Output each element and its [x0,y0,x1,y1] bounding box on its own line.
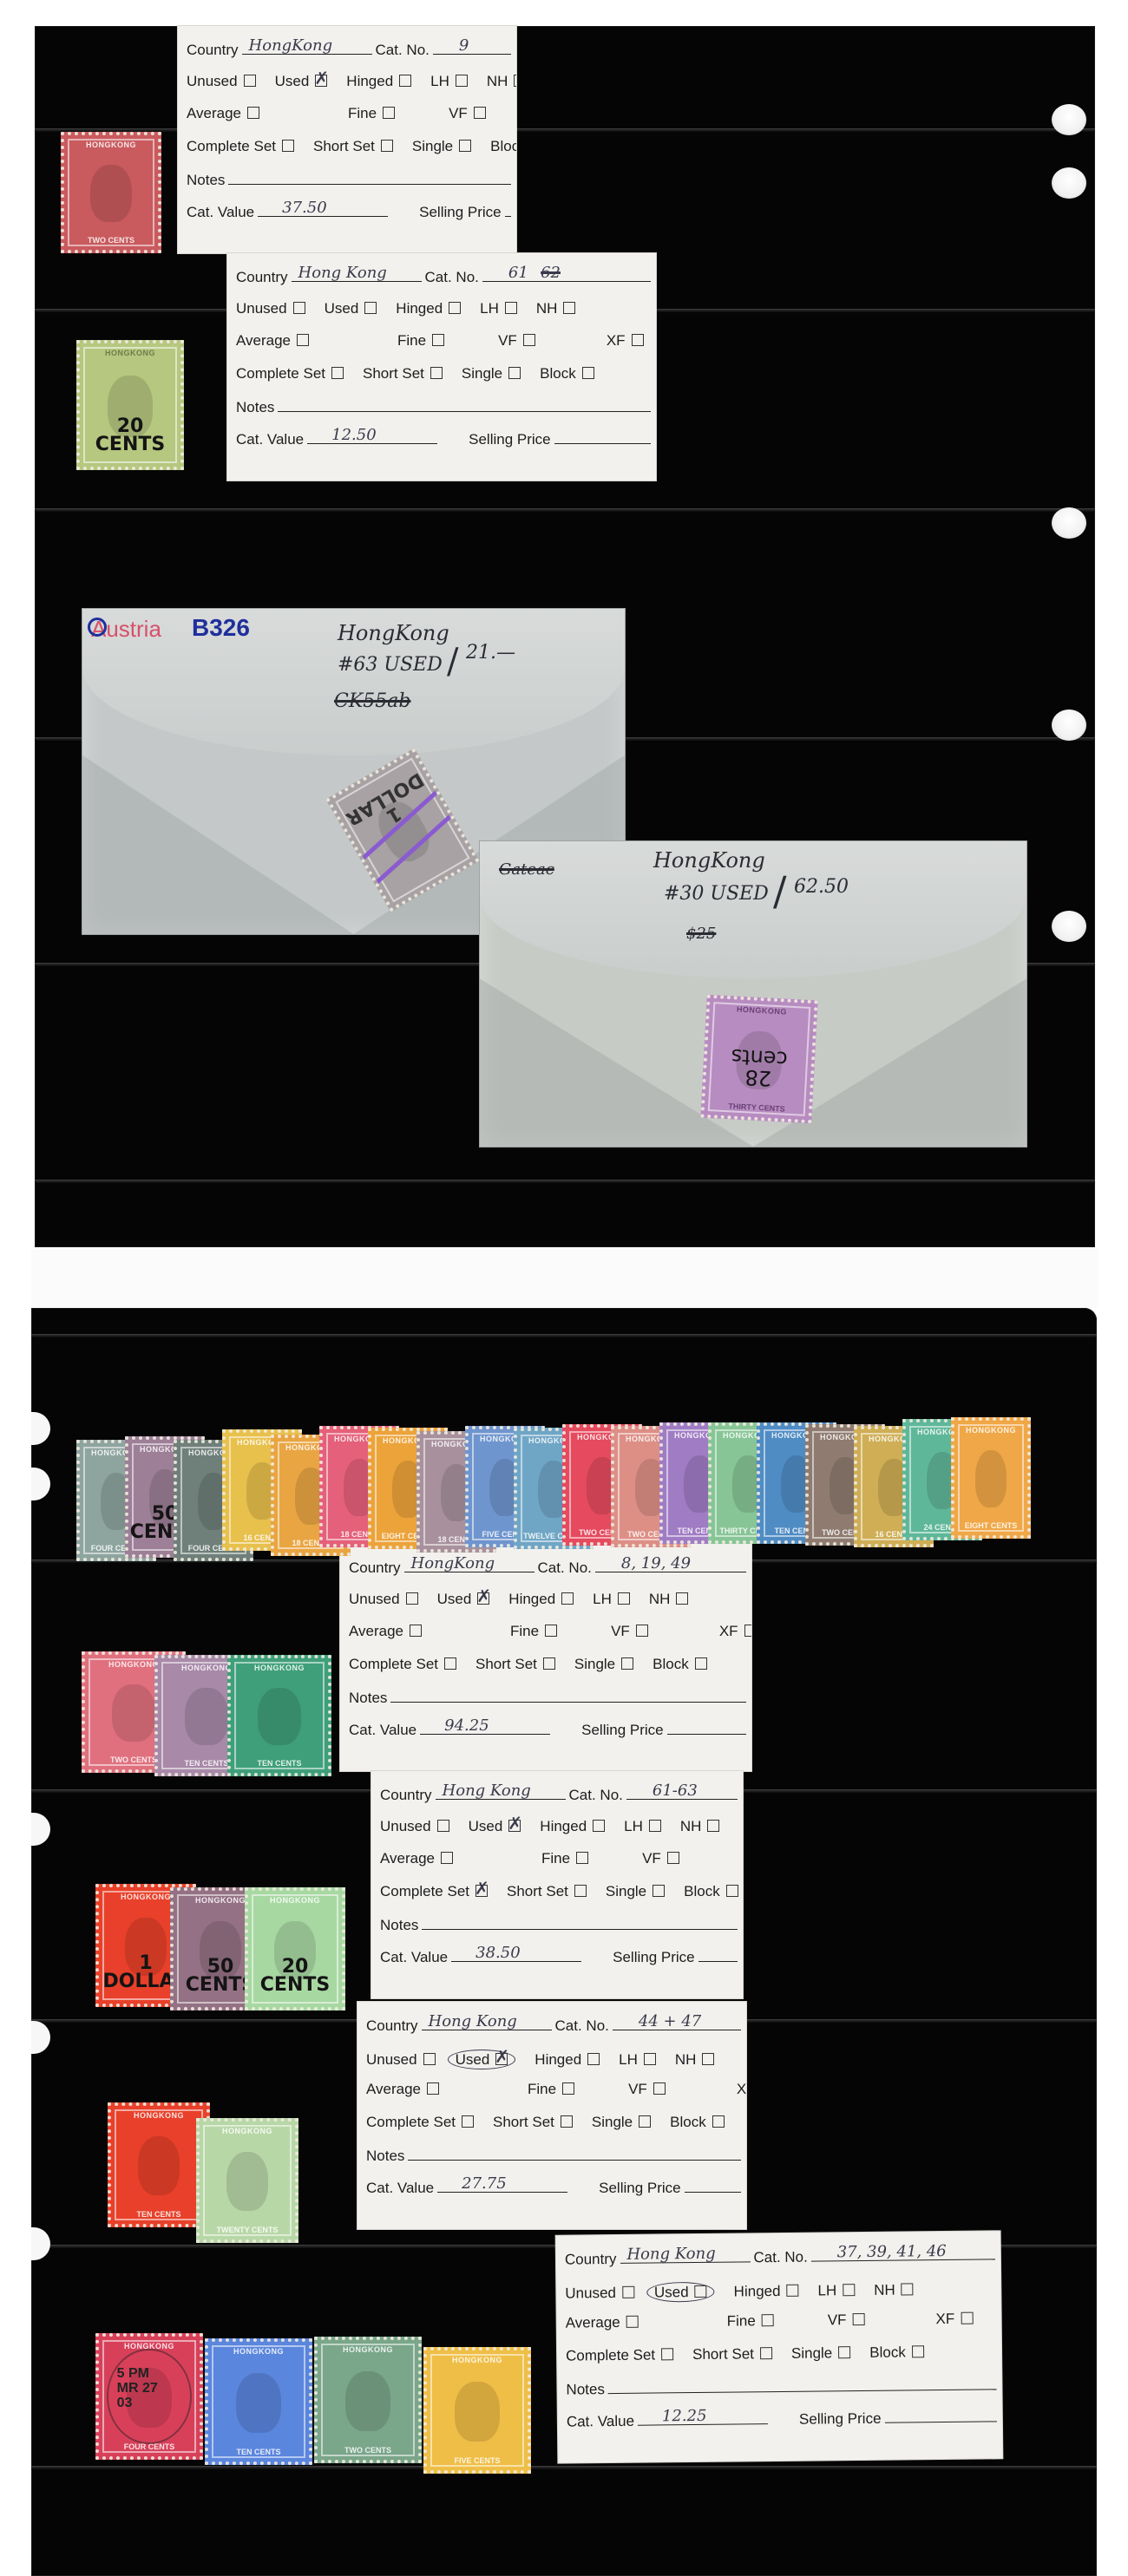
checkbox-short-set[interactable]: Short Set [692,2346,772,2362]
crossed-out-note: $25 [686,925,716,943]
stamp-value: TWO CENTS [64,236,158,245]
cat-no-field[interactable]: 8, 19, 49 [595,1559,746,1572]
checkbox-nh[interactable]: NH [680,1819,720,1834]
notes-label: Notes [366,2148,404,2163]
checkbox-box[interactable] [427,2082,439,2095]
crossed-out-note: CK55ab [334,690,410,712]
checkbox-box[interactable] [576,1852,588,1864]
checkbox-box[interactable] [282,140,294,152]
checkbox-lh[interactable]: LH [817,2283,855,2298]
checkbox-box[interactable] [563,302,575,314]
binder-hole [1052,709,1086,741]
checkbox-box[interactable] [786,2285,798,2297]
checkbox-box[interactable] [545,1625,557,1637]
page-strip [31,1334,1097,1337]
cat-value-field[interactable]: 12.50 [307,431,437,444]
checkbox-box[interactable] [315,75,327,87]
checkbox-unused[interactable]: Unused [380,1819,449,1834]
checkbox-box[interactable] [726,1885,738,1897]
checkbox-hinged[interactable]: Hinged [734,2284,799,2299]
cat-value-label: Cat. Value [366,2180,434,2195]
checkbox-complete-set[interactable]: Complete Set [566,2347,673,2363]
envelope-note-country: HongKong [653,848,765,873]
checkbox-fine[interactable]: Fine [397,333,444,348]
country-label: Country [349,1560,401,1575]
checkbox-average[interactable]: Average [366,2082,439,2096]
checkbox-unused[interactable]: Unused [565,2285,634,2301]
checkbox-nh[interactable]: NH [487,74,516,88]
checkbox-box[interactable] [622,2286,634,2298]
selling-price-label: Selling Price [613,1950,695,1965]
checkbox-short-set[interactable]: Short Set [313,139,393,154]
checkbox-fine[interactable]: Fine [727,2313,774,2329]
notes-field[interactable] [608,2377,997,2394]
checkbox-single[interactable]: Single [791,2345,850,2361]
stamp-overprint: 28cents [705,1045,811,1090]
checkbox-short-set[interactable]: Short Set [507,1884,587,1899]
checkbox-box[interactable] [381,140,393,152]
stamp[interactable]: HONGKONGTEN CENTS [205,2338,312,2465]
checkbox-vf[interactable]: VF [449,106,486,121]
checkbox-box[interactable] [639,2115,651,2128]
checkbox-box[interactable] [561,2115,573,2128]
crossed-out-label: Gateac [499,860,554,879]
envelope-note-catno: #30 USED [664,883,769,905]
slash-mark: / [773,867,787,914]
cat-value-field[interactable]: 12.25 [638,2411,768,2426]
checkbox-box[interactable] [661,2348,673,2360]
checkbox-box[interactable] [423,2053,436,2065]
checkbox-block[interactable]: Block [684,1884,738,1899]
selling-price-label: Selling Price [419,205,502,219]
checkbox-nh[interactable]: NH [536,301,576,316]
selling-price-label: Selling Price [799,2411,882,2427]
checkbox-average[interactable]: Average [187,106,259,121]
checkbox-used[interactable]: Used [325,301,377,316]
checkbox-box[interactable] [636,1625,648,1637]
stamp-country: HONGKONG [208,2347,309,2356]
checkbox-block[interactable]: Block [869,2344,924,2360]
checkbox-xf[interactable]: XF [935,2311,973,2326]
stock-card: Country Hong Kong Cat. No. 44 + 47 Unuse… [357,2002,746,2229]
checkbox-vf[interactable]: VF [498,333,535,348]
checkbox-complete-set[interactable]: Complete Set [366,2115,474,2129]
cat-no-field[interactable]: 61 [482,269,651,282]
country-field[interactable]: Hong Kong [620,2249,750,2264]
checkbox-average[interactable]: Average [566,2315,639,2331]
checkbox-box[interactable] [293,302,305,314]
checkbox-box[interactable] [902,2283,914,2295]
selling-price-label: Selling Price [581,1723,664,1737]
checkbox-vf[interactable]: VF [642,1851,679,1866]
checkbox-box[interactable] [474,107,486,119]
checkbox-box[interactable] [523,334,535,346]
stamp-value: TWO CENTS [318,2446,418,2455]
checkbox-lh[interactable]: LH [430,74,468,88]
checkbox-xf[interactable]: XF [737,2082,746,2096]
stamp-country: HONGKONG [248,1896,342,1905]
stamp[interactable]: HONGKONGFIVE CENTS [423,2347,531,2474]
checkbox-lh[interactable]: LH [593,1592,630,1606]
checkbox-xf[interactable]: XF [719,1624,751,1638]
cat-no-field[interactable]: 9 [433,42,511,55]
checkbox-box[interactable] [912,2345,924,2357]
checkbox-box[interactable] [561,1592,574,1605]
country-label: Country [236,270,288,284]
country-field[interactable]: Hong Kong [292,269,422,282]
checkbox-box[interactable] [593,1820,605,1832]
stamp-country: HONGKONG [64,141,158,149]
notes-field[interactable] [390,1690,746,1703]
cat-value-label: Cat. Value [380,1950,448,1965]
cat-no-field[interactable]: 37, 39, 41, 46 [811,2246,995,2261]
checkbox-box[interactable] [562,2082,574,2095]
checkbox-xf[interactable]: XF [607,333,644,348]
checkbox-single[interactable]: Single [574,1657,633,1671]
country-field[interactable]: HongKong [242,42,372,55]
checkbox-box[interactable] [441,1852,453,1864]
page-strip [35,508,1095,512]
checkbox-unused[interactable]: Unused [366,2052,436,2067]
stamp-country: HONGKONG [231,1664,328,1672]
crossed-out-cat-no: 62 [541,265,561,281]
stamp-country: HONGKONG [954,1426,1027,1435]
notes-label: Notes [566,2382,605,2396]
stamp[interactable]: HONGKONGTEN CENTS [108,2102,210,2227]
checkbox-box[interactable] [626,2316,639,2328]
checkbox-box[interactable] [247,107,259,119]
checkbox-box[interactable] [632,334,644,346]
checkbox-box[interactable] [462,2115,474,2128]
checkbox-box[interactable] [475,1885,488,1897]
stamp-country: HONGKONG [427,2356,528,2364]
cat-no-label: Cat. No. [376,42,430,57]
cat-no-field[interactable]: 44 + 47 [613,2017,741,2030]
checkbox-box[interactable] [406,1592,418,1605]
cat-value-label: Cat. Value [236,432,304,447]
checkbox-fine[interactable]: Fine [528,2082,574,2096]
country-label: Country [565,2252,617,2267]
checkbox-vf[interactable]: VF [828,2312,865,2327]
checkbox-short-set[interactable]: Short Set [493,2115,573,2129]
stamp[interactable]: HONGKONGFOUR CENTS5 PMMR 2703 [95,2333,203,2460]
checkbox-short-set[interactable]: Short Set [475,1657,555,1671]
stamp-country: HONGKONG [200,2127,295,2135]
checkbox-box[interactable] [843,2284,855,2296]
country-field[interactable]: Hong Kong [422,2017,552,2030]
circle-mark-icon [88,618,107,637]
checkbox-box[interactable] [838,2346,850,2358]
glassine-envelope[interactable]: Gateac HongKong #30 USED / 62.50 $25 HON… [480,841,1026,1147]
checkbox-box[interactable] [364,302,377,314]
checkbox-box[interactable] [582,367,594,379]
country-label: Country [366,2018,418,2033]
checkbox-used[interactable]: Used [469,1819,521,1834]
checkbox-box[interactable] [331,367,344,379]
checkbox-unused[interactable]: Unused [236,301,305,316]
checkbox-hinged[interactable]: Hinged [534,2052,600,2067]
stamp-two-cents[interactable]: HONGKONG TWO CENTS [61,132,161,253]
cat-value-field[interactable]: 38.50 [451,1949,581,1962]
checkbox-block[interactable]: Block [490,139,516,154]
checkbox-box[interactable] [760,2347,772,2359]
checkbox-box[interactable] [712,2115,725,2128]
cat-no-label: Cat. No. [538,1560,592,1575]
checkbox-short-set[interactable]: Short Set [363,366,443,381]
checkbox-box[interactable] [508,1820,521,1832]
notes-label: Notes [236,400,274,415]
checkbox-box[interactable] [707,1820,719,1832]
stamp-20-cents-overprint[interactable]: HONGKONG 20CENTS [76,340,184,470]
stamp[interactable]: HONGKONGEIGHT CENTS [951,1417,1031,1539]
checkbox-average[interactable]: Average [349,1624,422,1638]
selling-price-label: Selling Price [599,2180,681,2195]
checkbox-lh[interactable]: LH [624,1819,661,1834]
checkbox-single[interactable]: Single [606,1884,665,1899]
binder-hole [1052,167,1086,199]
checkbox-single[interactable]: Single [592,2115,651,2129]
stamp-value: TEN CENTS [208,2448,309,2456]
cat-no-label: Cat. No. [555,2018,609,2033]
checkbox-hinged[interactable]: Hinged [508,1592,574,1606]
checkbox-box[interactable] [676,1592,688,1605]
page-strip [31,2466,1097,2469]
checkbox-vf[interactable]: VF [611,1624,648,1638]
checkbox-fine[interactable]: Fine [348,106,395,121]
checkbox-box[interactable] [618,1592,630,1605]
checkbox-box[interactable] [702,2053,714,2065]
checkbox-unused[interactable]: Unused [187,74,256,88]
stock-card: Country Hong Kong Cat. No. 37, 39, 41, 4… [556,2231,1003,2462]
country-field[interactable]: Hong Kong [436,1787,566,1800]
binder-hole [1052,507,1086,539]
checkbox-complete-set[interactable]: Complete Set [236,366,344,381]
cat-value-label: Cat. Value [349,1723,416,1737]
stock-card: Country Hong Kong Cat. No. 61 UnusedUsed… [227,253,656,481]
checkbox-used[interactable]: Used [448,2050,516,2069]
notes-field[interactable] [228,172,511,185]
cat-no-label: Cat. No. [425,270,479,284]
checkbox-box[interactable] [644,2053,656,2065]
postmark: 5 PMMR 2703 [107,2349,191,2444]
stock-card: Country HongKong Cat. No. 9 UnusedUsedHi… [178,26,516,253]
checkbox-box[interactable] [430,367,443,379]
notes-field[interactable] [408,2148,741,2161]
page-strip [35,1180,1095,1183]
binder-hole [1052,911,1086,942]
checkbox-box[interactable] [432,334,444,346]
checkbox-box[interactable] [762,2314,774,2326]
selling-price-field[interactable] [505,204,511,217]
checkbox-box[interactable] [459,140,471,152]
stamp-country: HONGKONG [80,349,180,357]
page-gap [31,1247,1098,1308]
selling-price-label: Selling Price [469,432,551,447]
checkbox-hinged[interactable]: Hinged [540,1819,605,1834]
checkbox-box[interactable] [744,1625,751,1637]
cat-value-label: Cat. Value [187,205,254,219]
envelope-price: 21.— [466,642,515,664]
checkbox-average[interactable]: Average [380,1851,453,1866]
checkbox-lh[interactable]: LH [619,2052,656,2067]
stamp-value: TEN CENTS [231,1759,328,1768]
checkbox-lh[interactable]: LH [480,301,517,316]
selling-price-field[interactable] [698,1949,738,1962]
checkbox-single[interactable]: Single [412,139,471,154]
cat-value-field[interactable]: 37.50 [258,204,388,217]
selling-price-field[interactable] [884,2409,997,2422]
selling-price-field[interactable] [667,1722,746,1735]
checkbox-complete-set[interactable]: Complete Set [380,1884,488,1899]
catalog-label: B326 [192,614,250,642]
checkbox-box[interactable] [695,2285,707,2298]
checkbox-box[interactable] [477,1592,489,1605]
checkbox-box[interactable] [456,75,468,87]
stamp[interactable]: HONGKONGTEN CENTS [227,1655,331,1776]
checkbox-box[interactable] [514,75,516,87]
country-field[interactable]: HongKong [404,1559,534,1572]
checkbox-box[interactable] [505,302,517,314]
checkbox-box[interactable] [410,1625,422,1637]
checkbox-box[interactable] [495,2053,508,2065]
slash-mark: / [447,642,458,682]
country-label: Country [380,1788,432,1802]
checkbox-nh[interactable]: NH [874,2282,914,2297]
selling-price-field[interactable] [685,2180,741,2193]
checkbox-hinged[interactable]: Hinged [396,301,461,316]
selling-price-field[interactable] [554,431,651,444]
cat-no-label: Cat. No. [569,1788,623,1802]
cat-value-field[interactable]: 94.25 [420,1722,550,1735]
checkbox-box[interactable] [543,1657,555,1670]
checkbox-box[interactable] [437,1820,449,1832]
checkbox-box[interactable] [667,1852,679,1864]
stamp[interactable]: HONGKONGTWENTY CENTS [196,2118,298,2243]
checkbox-fine[interactable]: Fine [541,1851,588,1866]
checkbox-hinged[interactable]: Hinged [346,74,411,88]
checkbox-box[interactable] [574,1885,587,1897]
checkbox-box[interactable] [587,2053,600,2065]
checkbox-used[interactable]: Used [437,1592,490,1606]
checkbox-block[interactable]: Block [540,366,594,381]
cat-no-label: Cat. No. [753,2250,808,2265]
checkbox-used[interactable]: Used [275,74,328,88]
notes-label: Notes [187,173,225,187]
envelope-note-country: HongKong [338,621,449,645]
checkbox-box[interactable] [244,75,256,87]
checkbox-box[interactable] [852,2313,864,2325]
envelope-note-catno: #63 USED [338,654,443,676]
stamp-value: TEN CENTS [111,2210,207,2219]
checkbox-complete-set[interactable]: Complete Set [187,139,294,154]
stamp[interactable]: HONGKONG20CENTS [245,1887,345,2010]
checkbox-used[interactable]: Used [646,2282,715,2303]
notes-label: Notes [380,1918,418,1932]
checkbox-box[interactable] [399,75,411,87]
checkbox-box[interactable] [621,1657,633,1670]
envelope-price: 62.50 [794,876,849,898]
stamp[interactable]: HONGKONGTWO CENTS [314,2337,422,2463]
binder-hole [1052,104,1086,135]
checkbox-box[interactable] [649,1820,661,1832]
checkbox-unused[interactable]: Unused [349,1592,418,1606]
checkbox-box[interactable] [444,1657,456,1670]
stamp-value: FIVE CENTS [427,2456,528,2465]
stamp-thirty-cents-surcharged[interactable]: HONGKONG 28cents THIRTY CENTS [700,995,817,1124]
cat-no-field[interactable]: 61-63 [626,1787,738,1800]
checkbox-single[interactable]: Single [462,366,521,381]
checkbox-average[interactable]: Average [236,333,309,348]
stamp-country: HONGKONG [318,2345,418,2354]
notes-field[interactable] [422,1917,738,1930]
cat-value-field[interactable]: 27.75 [437,2180,567,2193]
checkbox-nh[interactable]: NH [649,1592,689,1606]
checkbox-box[interactable] [383,107,395,119]
cat-value-label: Cat. Value [567,2414,634,2429]
stamp-overprint: 20CENTS [80,418,180,454]
notes-field[interactable] [278,399,651,412]
checkbox-nh[interactable]: NH [675,2052,715,2067]
checkbox-box[interactable] [508,367,521,379]
checkbox-fine[interactable]: Fine [510,1624,557,1638]
notes-label: Notes [349,1690,387,1705]
stamp-value: EIGHT CENTS [954,1521,1027,1530]
checkbox-box[interactable] [449,302,461,314]
checkbox-box[interactable] [961,2312,973,2324]
country-label: Country [187,42,239,57]
stamp-value: TWENTY CENTS [200,2226,295,2234]
checkbox-box[interactable] [653,1885,665,1897]
stock-card: Country HongKong Cat. No. 8, 19, 49 Unus… [340,1544,751,1771]
stamp-overprint: 20CENTS [248,1958,342,1995]
stock-card: Country Hong Kong Cat. No. 61-63 UnusedU… [371,1771,743,1998]
checkbox-complete-set[interactable]: Complete Set [349,1657,456,1671]
checkbox-box[interactable] [653,2082,666,2095]
checkbox-box[interactable] [297,334,309,346]
checkbox-block[interactable]: Block [670,2115,725,2129]
checkbox-vf[interactable]: VF [628,2082,666,2096]
checkbox-box[interactable] [695,1657,707,1670]
stamp-country: HONGKONG [111,2111,207,2120]
checkbox-block[interactable]: Block [653,1657,707,1671]
